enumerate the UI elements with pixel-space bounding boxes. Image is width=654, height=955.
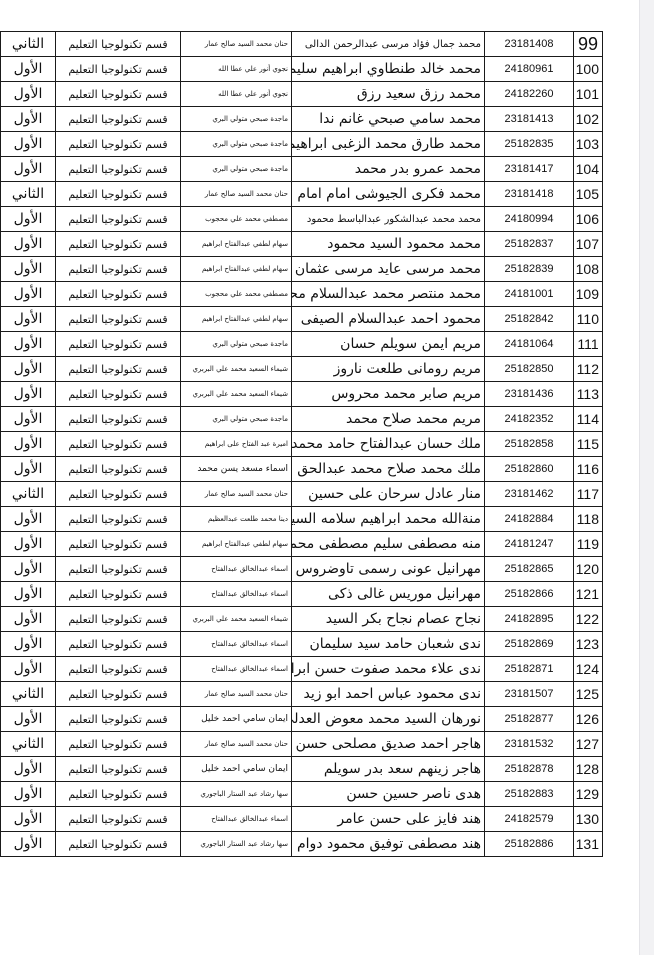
term-cell: الأول [1,382,56,407]
row-number-cell: 108 [574,257,603,282]
table-row: 10423181417محمد عمرو بدر محمدماجدة صبحي … [1,157,603,182]
student-name-cell: ندى شعبان حامد سيد سليمان [292,632,485,657]
student-name-cell: منار عادل سرحان على حسين [292,482,485,507]
term-cell: الأول [1,582,56,607]
row-number-cell: 130 [574,807,603,832]
student-name-cell: محمد منتصر محمد عبدالسلام محمد [292,282,485,307]
table-row: 10024180961محمد خالد طنطاوي ابراهيم سليم… [1,57,603,82]
row-number-cell: 115 [574,432,603,457]
table-row: 11723181462منار عادل سرحان على حسينحنان … [1,482,603,507]
department-cell: قسم تكنولوجيا التعليم [56,707,181,732]
table-row: 11625182860ملك محمد صلاح محمد عبدالحقاسم… [1,457,603,482]
table-row: 10725182837محمد محمود السيد محمودسهام لط… [1,232,603,257]
supervisor-name-cell: سهام لطفي عبدالفتاح ابراهيم [181,307,292,332]
department-cell: قسم تكنولوجيا التعليم [56,407,181,432]
row-number-cell: 110 [574,307,603,332]
term-cell: الأول [1,507,56,532]
term-cell: الثاني [1,182,56,207]
department-cell: قسم تكنولوجيا التعليم [56,357,181,382]
row-number-cell: 120 [574,557,603,582]
department-cell: قسم تكنولوجيا التعليم [56,582,181,607]
student-id-cell: 24182352 [485,407,574,432]
student-id-cell: 23181462 [485,482,574,507]
supervisor-name-cell: دينا محمد طلعت عبدالعظيم [181,507,292,532]
supervisor-name-cell: سها رشاد عبد الستار الباجوري [181,832,292,857]
student-id-cell: 24182895 [485,607,574,632]
table-row: 11525182858ملك حسان عبدالفتاح حامد محمدا… [1,432,603,457]
student-name-cell: هاجر زينهم سعد بدر سويلم [292,757,485,782]
term-cell: الأول [1,532,56,557]
supervisor-name-cell: ايمان سامي احمد خليل [181,707,292,732]
student-id-cell: 25182860 [485,457,574,482]
student-id-cell: 24181001 [485,282,574,307]
table-row: 10924181001محمد منتصر محمد عبدالسلام محم… [1,282,603,307]
supervisor-name-cell: اسماء عبدالخالق عبدالفتاح [181,582,292,607]
student-name-cell: محمود احمد عبدالسلام الصيفى [292,307,485,332]
student-name-cell: محمد سامي صبحي غانم ندا [292,107,485,132]
term-cell: الأول [1,807,56,832]
table-row: 11225182850مريم رومانى طلعت ناروزشيماء ا… [1,357,603,382]
supervisor-name-cell: حنان محمد السيد صالح عمار [181,32,292,57]
term-cell: الأول [1,107,56,132]
student-name-cell: منةالله محمد ابراهيم سلامه السيد [292,507,485,532]
table-row: 11424182352مريم محمد صلاح محمدماجدة صبحي… [1,407,603,432]
department-cell: قسم تكنولوجيا التعليم [56,732,181,757]
supervisor-name-cell: ماجدة صبحي متولي البري [181,407,292,432]
student-id-cell: 23181418 [485,182,574,207]
student-id-cell: 24182260 [485,82,574,107]
supervisor-name-cell: شيماء السعيد محمد علي البربري [181,382,292,407]
table-row: 11824182884منةالله محمد ابراهيم سلامه ال… [1,507,603,532]
row-number-cell: 117 [574,482,603,507]
student-name-cell: محمد عمرو بدر محمد [292,157,485,182]
department-cell: قسم تكنولوجيا التعليم [56,632,181,657]
supervisor-name-cell: سهام لطفي عبدالفتاح ابراهيم [181,532,292,557]
department-cell: قسم تكنولوجيا التعليم [56,557,181,582]
row-number-cell: 126 [574,707,603,732]
supervisor-name-cell: اسماء مسعد يسن محمد [181,457,292,482]
student-name-cell: نجاح عصام نجاح بكر السيد [292,607,485,632]
table-row: 13125182886هند مصطفى توفيق محمود دوامسها… [1,832,603,857]
department-cell: قسم تكنولوجيا التعليم [56,57,181,82]
supervisor-name-cell: سهام لطفي عبدالفتاح ابراهيم [181,257,292,282]
student-id-cell: 25182837 [485,232,574,257]
student-name-cell: مريم رومانى طلعت ناروز [292,357,485,382]
table-row: 12325182869ندى شعبان حامد سيد سليماناسما… [1,632,603,657]
student-id-cell: 25182842 [485,307,574,332]
row-number-cell: 99 [574,32,603,57]
supervisor-name-cell: اسماء عبدالخالق عبدالفتاح [181,632,292,657]
supervisor-name-cell: ماجدة صبحي متولي البري [181,157,292,182]
student-name-cell: هدى ناصر حسين حسن [292,782,485,807]
student-id-cell: 23181417 [485,157,574,182]
term-cell: الثاني [1,482,56,507]
table-row: 12925182883هدى ناصر حسين حسنسها رشاد عبد… [1,782,603,807]
student-name-cell: ملك حسان عبدالفتاح حامد محمد [292,432,485,457]
supervisor-name-cell: حنان محمد السيد صالح عمار [181,732,292,757]
term-cell: الأول [1,357,56,382]
supervisor-name-cell: اسماء عبدالخالق عبدالفتاح [181,557,292,582]
term-cell: الأول [1,557,56,582]
student-name-cell: ندى محمود عباس احمد ابو زيد [292,682,485,707]
supervisor-name-cell: شيماء السعيد محمد علي البربري [181,357,292,382]
student-name-cell: مهرانيل عونى رسمى تاوضروس [292,557,485,582]
table-row: 12425182871ندى علاء محمد صفوت حسن ابراهي… [1,657,603,682]
student-name-cell: محمد محمود السيد محمود [292,232,485,257]
row-number-cell: 122 [574,607,603,632]
supervisor-name-cell: ايمان سامي احمد خليل [181,757,292,782]
supervisor-name-cell: حنان محمد السيد صالح عمار [181,682,292,707]
student-id-cell: 25182886 [485,832,574,857]
supervisor-name-cell: ماجدة صبحي متولي البري [181,107,292,132]
student-id-cell: 23181532 [485,732,574,757]
department-cell: قسم تكنولوجيا التعليم [56,232,181,257]
supervisor-name-cell: شيماء السعيد محمد علي البربري [181,607,292,632]
supervisor-name-cell: نجوي أنور علي عطا الله [181,82,292,107]
table-row: 10325182835محمد طارق محمد الزغبى ابراهيم… [1,132,603,157]
department-cell: قسم تكنولوجيا التعليم [56,107,181,132]
department-cell: قسم تكنولوجيا التعليم [56,682,181,707]
student-id-cell: 24182884 [485,507,574,532]
term-cell: الأول [1,832,56,857]
supervisor-name-cell: مصطفي محمد علي محجوب [181,282,292,307]
row-number-cell: 113 [574,382,603,407]
term-cell: الثاني [1,32,56,57]
department-cell: قسم تكنولوجيا التعليم [56,82,181,107]
student-name-cell: ملك محمد صلاح محمد عبدالحق [292,457,485,482]
student-name-cell: مريم صابر محمد محروس [292,382,485,407]
student-id-cell: 23181413 [485,107,574,132]
student-id-cell: 25182865 [485,557,574,582]
term-cell: الأول [1,132,56,157]
row-number-cell: 123 [574,632,603,657]
table-row: 10124182260محمد رزق سعيد رزقنجوي أنور عل… [1,82,603,107]
table-row: 10624180994محمد محمد عبدالشكور عبدالباسط… [1,207,603,232]
supervisor-name-cell: مصطفي محمد علي محجوب [181,207,292,232]
student-name-cell: محمد طارق محمد الزغبى ابراهيم [292,132,485,157]
row-number-cell: 101 [574,82,603,107]
table-row: 12025182865مهرانيل عونى رسمى تاوضروساسما… [1,557,603,582]
term-cell: الأول [1,307,56,332]
department-cell: قسم تكنولوجيا التعليم [56,157,181,182]
student-id-cell: 23181408 [485,32,574,57]
student-name-cell: مريم محمد صلاح محمد [292,407,485,432]
supervisor-name-cell: سهام لطفي عبدالفتاح ابراهيم [181,232,292,257]
student-name-cell: محمد جمال فؤاد مرسى عبدالرحمن الدالى [292,32,485,57]
department-cell: قسم تكنولوجيا التعليم [56,32,181,57]
table-row: 11323181436مريم صابر محمد محروسشيماء الس… [1,382,603,407]
supervisor-name-cell: ماجدة صبحي متولي البري [181,132,292,157]
department-cell: قسم تكنولوجيا التعليم [56,507,181,532]
department-cell: قسم تكنولوجيا التعليم [56,382,181,407]
row-number-cell: 103 [574,132,603,157]
term-cell: الأول [1,757,56,782]
supervisor-name-cell: ماجدة صبحي متولي البري [181,332,292,357]
department-cell: قسم تكنولوجيا التعليم [56,782,181,807]
term-cell: الأول [1,407,56,432]
term-cell: الأول [1,282,56,307]
term-cell: الأول [1,632,56,657]
term-cell: الأول [1,232,56,257]
department-cell: قسم تكنولوجيا التعليم [56,532,181,557]
department-cell: قسم تكنولوجيا التعليم [56,207,181,232]
term-cell: الأول [1,457,56,482]
term-cell: الأول [1,207,56,232]
term-cell: الأول [1,57,56,82]
row-number-cell: 118 [574,507,603,532]
department-cell: قسم تكنولوجيا التعليم [56,607,181,632]
table-row: 12625182877نورهان السيد محمد معوض العدلى… [1,707,603,732]
supervisor-name-cell: سها رشاد عبد الستار الباجوري [181,782,292,807]
department-cell: قسم تكنولوجيا التعليم [56,657,181,682]
student-id-cell: 24180961 [485,57,574,82]
row-number-cell: 119 [574,532,603,557]
table-row: 12125182866مهرانيل موريس غالى ذكىاسماء ع… [1,582,603,607]
supervisor-name-cell: حنان محمد السيد صالح عمار [181,182,292,207]
term-cell: الأول [1,257,56,282]
table-row: 13024182579هند فايز على حسن عامراسماء عب… [1,807,603,832]
table-row: 11924181247منه مصطفى سليم مصطفى محمدسهام… [1,532,603,557]
student-roster-table: 9923181408محمد جمال فؤاد مرسى عبدالرحمن … [0,31,603,857]
row-number-cell: 131 [574,832,603,857]
department-cell: قسم تكنولوجيا التعليم [56,332,181,357]
document-page: 9923181408محمد جمال فؤاد مرسى عبدالرحمن … [0,0,640,955]
table-row: 12723181532هاجر احمد صديق مصلحى حسنحنان … [1,732,603,757]
supervisor-name-cell: نجوي أنور علي عطا الله [181,57,292,82]
supervisor-name-cell: حنان محمد السيد صالح عمار [181,482,292,507]
student-name-cell: ندى علاء محمد صفوت حسن ابراهيم [292,657,485,682]
term-cell: الأول [1,782,56,807]
student-id-cell: 24181247 [485,532,574,557]
term-cell: الأول [1,607,56,632]
row-number-cell: 114 [574,407,603,432]
row-number-cell: 121 [574,582,603,607]
student-id-cell: 24182579 [485,807,574,832]
row-number-cell: 129 [574,782,603,807]
student-id-cell: 25182878 [485,757,574,782]
row-number-cell: 107 [574,232,603,257]
table-row: 10223181413محمد سامي صبحي غانم نداماجدة … [1,107,603,132]
term-cell: الثاني [1,732,56,757]
supervisor-name-cell: اسماء عبدالخالق عبدالفتاح [181,657,292,682]
student-name-cell: نورهان السيد محمد معوض العدلى [292,707,485,732]
term-cell: الأول [1,332,56,357]
scrollbar-track[interactable] [639,0,654,955]
row-number-cell: 128 [574,757,603,782]
term-cell: الأول [1,707,56,732]
student-id-cell: 25182883 [485,782,574,807]
student-id-cell: 24180994 [485,207,574,232]
term-cell: الأول [1,657,56,682]
department-cell: قسم تكنولوجيا التعليم [56,182,181,207]
student-id-cell: 25182866 [485,582,574,607]
table-row: 10523181418محمد فكرى الجيوشى امام امامحن… [1,182,603,207]
supervisor-name-cell: اميرة عبد الفتاح على ابراهيم [181,432,292,457]
row-number-cell: 112 [574,357,603,382]
department-cell: قسم تكنولوجيا التعليم [56,282,181,307]
student-name-cell: محمد فكرى الجيوشى امام امام [292,182,485,207]
row-number-cell: 102 [574,107,603,132]
student-id-cell: 24181064 [485,332,574,357]
student-name-cell: مهرانيل موريس غالى ذكى [292,582,485,607]
supervisor-name-cell: اسماء عبدالخالق عبدالفتاح [181,807,292,832]
row-number-cell: 104 [574,157,603,182]
row-number-cell: 111 [574,332,603,357]
student-id-cell: 25182869 [485,632,574,657]
student-name-cell: محمد محمد عبدالشكور عبدالباسط محمود [292,207,485,232]
student-name-cell: هاجر احمد صديق مصلحى حسن [292,732,485,757]
table-row: 12224182895نجاح عصام نجاح بكر السيدشيماء… [1,607,603,632]
row-number-cell: 116 [574,457,603,482]
row-number-cell: 100 [574,57,603,82]
department-cell: قسم تكنولوجيا التعليم [56,457,181,482]
term-cell: الأول [1,432,56,457]
student-id-cell: 25182850 [485,357,574,382]
student-id-cell: 25182871 [485,657,574,682]
row-number-cell: 125 [574,682,603,707]
term-cell: الأول [1,157,56,182]
student-name-cell: منه مصطفى سليم مصطفى محمد [292,532,485,557]
department-cell: قسم تكنولوجيا التعليم [56,257,181,282]
student-id-cell: 25182835 [485,132,574,157]
row-number-cell: 127 [574,732,603,757]
student-name-cell: محمد رزق سعيد رزق [292,82,485,107]
student-id-cell: 25182858 [485,432,574,457]
row-number-cell: 124 [574,657,603,682]
department-cell: قسم تكنولوجيا التعليم [56,832,181,857]
department-cell: قسم تكنولوجيا التعليم [56,432,181,457]
table-row: 11124181064مريم ايمن سويلم حسانماجدة صبح… [1,332,603,357]
term-cell: الثاني [1,682,56,707]
row-number-cell: 106 [574,207,603,232]
department-cell: قسم تكنولوجيا التعليم [56,757,181,782]
table-row: 12825182878هاجر زينهم سعد بدر سويلمايمان… [1,757,603,782]
department-cell: قسم تكنولوجيا التعليم [56,307,181,332]
student-id-cell: 25182839 [485,257,574,282]
student-id-cell: 25182877 [485,707,574,732]
student-name-cell: محمد خالد طنطاوي ابراهيم سليمان [292,57,485,82]
table-row: 12523181507ندى محمود عباس احمد ابو زيدحن… [1,682,603,707]
table-row: 10825182839محمد مرسى عايد مرسى عثمانسهام… [1,257,603,282]
department-cell: قسم تكنولوجيا التعليم [56,482,181,507]
student-name-cell: مريم ايمن سويلم حسان [292,332,485,357]
student-id-cell: 23181436 [485,382,574,407]
table-row: 11025182842محمود احمد عبدالسلام الصيفىسه… [1,307,603,332]
student-name-cell: محمد مرسى عايد مرسى عثمان [292,257,485,282]
row-number-cell: 109 [574,282,603,307]
row-number-cell: 105 [574,182,603,207]
student-id-cell: 23181507 [485,682,574,707]
student-name-cell: هند مصطفى توفيق محمود دوام [292,832,485,857]
department-cell: قسم تكنولوجيا التعليم [56,132,181,157]
student-name-cell: هند فايز على حسن عامر [292,807,485,832]
roster-body: 9923181408محمد جمال فؤاد مرسى عبدالرحمن … [1,32,603,857]
department-cell: قسم تكنولوجيا التعليم [56,807,181,832]
table-row: 9923181408محمد جمال فؤاد مرسى عبدالرحمن … [1,32,603,57]
term-cell: الأول [1,82,56,107]
